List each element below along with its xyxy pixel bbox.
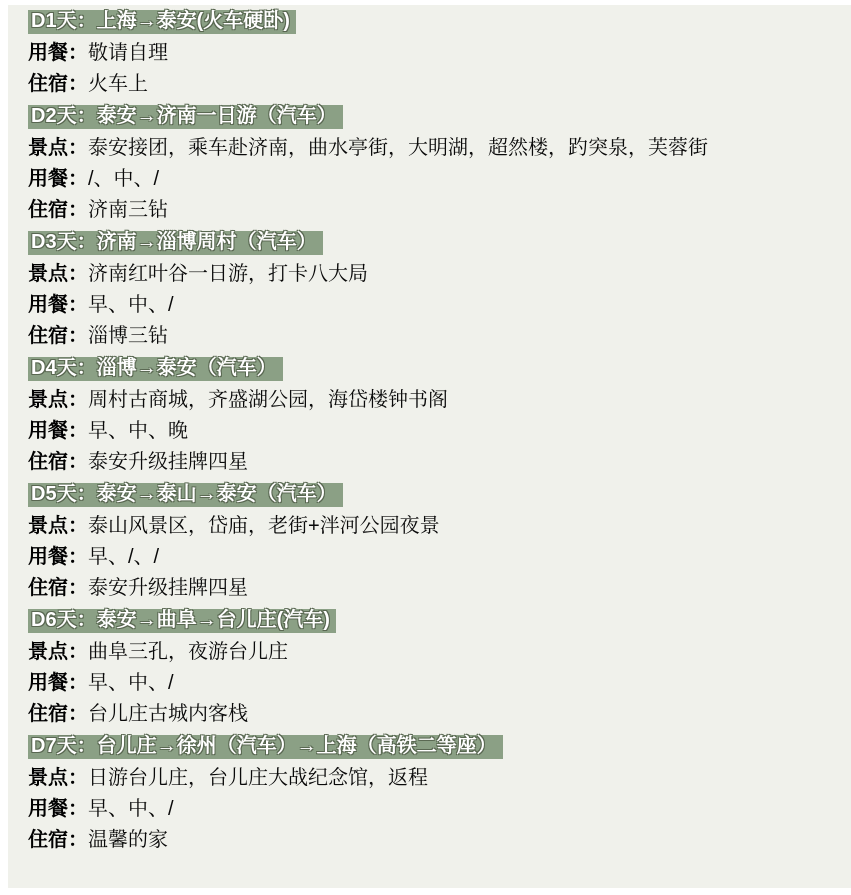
day-3-lodging-line: 住宿：淄博三钻 — [28, 326, 843, 347]
day-6-header: D6天：泰安→曲阜→台儿庄(汽车) — [28, 609, 336, 633]
meals-value: 早、中、/ — [88, 798, 174, 820]
attractions-label: 景点： — [28, 137, 88, 159]
day-7-lodging-line: 住宿：温馨的家 — [28, 830, 843, 851]
meals-label: 用餐： — [28, 294, 88, 316]
day-1-section: D1天：上海→泰安(火车硬卧) 用餐：敬请自理 住宿：火车上 — [28, 10, 843, 95]
day-4-lodging-line: 住宿：泰安升级挂牌四星 — [28, 452, 843, 473]
day-3-section: D3天：济南→淄博周村（汽车） 景点：济南红叶谷一日游，打卡八大局 用餐：早、中… — [28, 231, 843, 347]
day-7-header: D7天：台儿庄→徐州（汽车）→上海（高铁二等座） — [28, 735, 503, 759]
meals-label: 用餐： — [28, 168, 88, 190]
lodging-label: 住宿： — [28, 577, 88, 599]
lodging-value: 台儿庄古城内客栈 — [88, 703, 248, 725]
day-1-meals-line: 用餐：敬请自理 — [28, 43, 843, 64]
attractions-label: 景点： — [28, 263, 88, 285]
attractions-label: 景点： — [28, 641, 88, 663]
day-2-attractions-line: 景点：泰安接团，乘车赴济南，曲水亭街，大明湖，超然楼，趵突泉，芙蓉街 — [28, 138, 843, 159]
attractions-value: 泰山风景区，岱庙，老街+泮河公园夜景 — [88, 515, 440, 537]
day-5-section: D5天：泰安→泰山→泰安（汽车） 景点：泰山风景区，岱庙，老街+泮河公园夜景 用… — [28, 483, 843, 599]
meals-label: 用餐： — [28, 798, 88, 820]
day-3-header: D3天：济南→淄博周村（汽车） — [28, 231, 323, 255]
day-6-section: D6天：泰安→曲阜→台儿庄(汽车) 景点：曲阜三孔，夜游台儿庄 用餐：早、中、/… — [28, 609, 843, 725]
page-frame: D1天：上海→泰安(火车硬卧) 用餐：敬请自理 住宿：火车上 D2天：泰安→济南… — [0, 0, 851, 895]
itinerary-document: D1天：上海→泰安(火车硬卧) 用餐：敬请自理 住宿：火车上 D2天：泰安→济南… — [8, 5, 851, 888]
day-1-lodging-line: 住宿：火车上 — [28, 74, 843, 95]
day-7-attractions-line: 景点：日游台儿庄，台儿庄大战纪念馆，返程 — [28, 768, 843, 789]
day-3-meals-line: 用餐：早、中、/ — [28, 295, 843, 316]
meals-value: 早、中、晚 — [88, 420, 188, 442]
day-7-section: D7天：台儿庄→徐州（汽车）→上海（高铁二等座） 景点：日游台儿庄，台儿庄大战纪… — [28, 735, 843, 851]
attractions-value: 曲阜三孔，夜游台儿庄 — [88, 641, 288, 663]
meals-value: 早、中、/ — [88, 294, 174, 316]
lodging-label: 住宿： — [28, 73, 88, 95]
day-4-section: D4天：淄博→泰安（汽车） 景点：周村古商城，齐盛湖公园，海岱楼钟书阁 用餐：早… — [28, 357, 843, 473]
day-2-header: D2天：泰安→济南一日游（汽车） — [28, 105, 343, 129]
attractions-label: 景点： — [28, 389, 88, 411]
meals-value: 敬请自理 — [88, 42, 168, 64]
day-2-lodging-line: 住宿：济南三钻 — [28, 200, 843, 221]
attractions-label: 景点： — [28, 515, 88, 537]
lodging-value: 济南三钻 — [88, 199, 168, 221]
lodging-value: 温馨的家 — [88, 829, 168, 851]
meals-label: 用餐： — [28, 42, 88, 64]
day-3-attractions-line: 景点：济南红叶谷一日游，打卡八大局 — [28, 264, 843, 285]
lodging-value: 泰安升级挂牌四星 — [88, 577, 248, 599]
day-5-meals-line: 用餐：早、/、/ — [28, 547, 843, 568]
attractions-value: 周村古商城，齐盛湖公园，海岱楼钟书阁 — [88, 389, 448, 411]
day-4-header: D4天：淄博→泰安（汽车） — [28, 357, 283, 381]
day-4-meals-line: 用餐：早、中、晚 — [28, 421, 843, 442]
day-5-lodging-line: 住宿：泰安升级挂牌四星 — [28, 578, 843, 599]
day-5-attractions-line: 景点：泰山风景区，岱庙，老街+泮河公园夜景 — [28, 516, 843, 537]
attractions-value: 日游台儿庄，台儿庄大战纪念馆，返程 — [88, 767, 428, 789]
attractions-label: 景点： — [28, 767, 88, 789]
day-1-header: D1天：上海→泰安(火车硬卧) — [28, 10, 296, 34]
day-2-meals-line: 用餐：/、中、/ — [28, 169, 843, 190]
lodging-label: 住宿： — [28, 199, 88, 221]
attractions-value: 济南红叶谷一日游，打卡八大局 — [88, 263, 368, 285]
meals-value: /、中、/ — [88, 168, 159, 190]
meals-value: 早、中、/ — [88, 672, 174, 694]
lodging-value: 淄博三钻 — [88, 325, 168, 347]
lodging-value: 泰安升级挂牌四星 — [88, 451, 248, 473]
day-6-attractions-line: 景点：曲阜三孔，夜游台儿庄 — [28, 642, 843, 663]
meals-label: 用餐： — [28, 546, 88, 568]
lodging-label: 住宿： — [28, 829, 88, 851]
meals-label: 用餐： — [28, 672, 88, 694]
meals-label: 用餐： — [28, 420, 88, 442]
day-6-meals-line: 用餐：早、中、/ — [28, 673, 843, 694]
lodging-value: 火车上 — [88, 73, 148, 95]
day-5-header: D5天：泰安→泰山→泰安（汽车） — [28, 483, 343, 507]
lodging-label: 住宿： — [28, 325, 88, 347]
lodging-label: 住宿： — [28, 451, 88, 473]
meals-value: 早、/、/ — [88, 546, 159, 568]
day-4-attractions-line: 景点：周村古商城，齐盛湖公园，海岱楼钟书阁 — [28, 390, 843, 411]
attractions-value: 泰安接团，乘车赴济南，曲水亭街，大明湖，超然楼，趵突泉，芙蓉街 — [88, 137, 708, 159]
lodging-label: 住宿： — [28, 703, 88, 725]
day-6-lodging-line: 住宿：台儿庄古城内客栈 — [28, 704, 843, 725]
day-2-section: D2天：泰安→济南一日游（汽车） 景点：泰安接团，乘车赴济南，曲水亭街，大明湖，… — [28, 105, 843, 221]
day-7-meals-line: 用餐：早、中、/ — [28, 799, 843, 820]
